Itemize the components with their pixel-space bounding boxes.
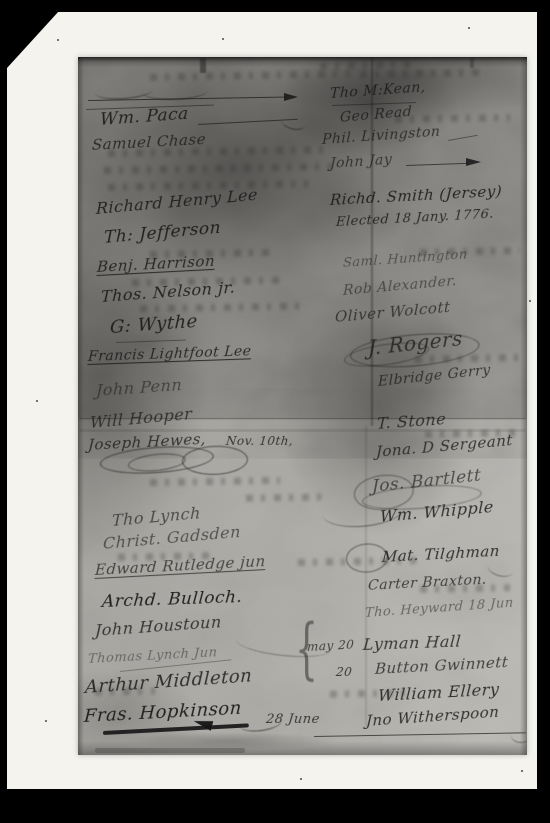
- flourish-line-mark: [116, 340, 186, 344]
- annotation-nov-10th: Nov. 10th,: [225, 434, 294, 448]
- frame-band-right: [537, 0, 550, 823]
- ink-bleedthrough-smudge: [246, 493, 330, 501]
- flourish-arc-mark: [510, 724, 527, 743]
- flourish-line-mark: [95, 748, 245, 753]
- ink-bleedthrough-smudge: [132, 277, 282, 287]
- ink-bleedthrough-smudge: [415, 354, 520, 363]
- signature-john-houstoun: John Houstoun: [95, 612, 222, 640]
- dust-speck: [300, 778, 302, 780]
- signature-phil-livingston: Phil. Livingston: [322, 124, 441, 148]
- ink-bleedthrough-smudge: [330, 689, 410, 697]
- signature-jno-witherspoon: Jno Witherspoon: [366, 703, 500, 730]
- ink-bleedthrough-smudge: [360, 69, 480, 78]
- flourish-tri-mark: [466, 158, 481, 166]
- annotation-20: 20: [335, 665, 353, 679]
- signature-lyman-hall: Lyman Hall: [362, 632, 461, 654]
- flourish-vline-mark: [470, 58, 474, 68]
- signature-francis-lightfoot-lee: Francis Lightfoot Lee: [87, 343, 252, 365]
- signature-g-wythe: G: Wythe: [110, 311, 198, 338]
- signature-tho-heyward-18-jun: Tho. Heyward 18 Jun: [365, 596, 514, 621]
- dust-speck: [521, 770, 523, 772]
- signature-john-penn: John Penn: [96, 375, 183, 400]
- flourish-tri-mark: [284, 93, 298, 101]
- flourish-ellipse-mark: [181, 445, 248, 476]
- signature-richd-smith-jersey: Richd. Smith (Jersey): [330, 182, 503, 209]
- flourish-line-mark: [314, 732, 526, 737]
- dust-speck: [57, 39, 59, 41]
- scanned-page: Wm. PacaSamuel ChaseRichard Henry LeeTh:…: [0, 0, 550, 823]
- ink-bleedthrough-smudge: [104, 163, 332, 174]
- flourish-arc-mark: [486, 558, 515, 579]
- ink-bleedthrough-smudge: [150, 249, 275, 258]
- flourish-arc-mark: [239, 713, 283, 734]
- ink-bleedthrough-smudge: [420, 247, 520, 256]
- ink-bleedthrough-smudge: [420, 584, 510, 593]
- dust-speck: [222, 38, 224, 40]
- frame-corner-notch: [7, 11, 59, 68]
- frame-band-top: [0, 0, 550, 12]
- dust-speck: [45, 720, 47, 722]
- ink-bleedthrough-smudge: [395, 114, 510, 123]
- signature-archd-bulloch: Archd. Bulloch.: [101, 587, 243, 612]
- dust-speck: [468, 27, 470, 29]
- flourish-line-mark: [448, 135, 478, 141]
- signature-john-jay: John Jay: [330, 152, 393, 172]
- ink-bleedthrough-smudge: [150, 477, 280, 486]
- flourish-arc-mark: [281, 114, 307, 132]
- signature-rob-alexander: Rob Alexander.: [343, 273, 457, 299]
- ink-bleedthrough-smudge: [150, 70, 350, 80]
- flourish-vline-mark: [365, 426, 367, 726]
- dust-speck: [36, 400, 38, 402]
- signature-oliver-wolcott: Oliver Wolcott: [335, 298, 451, 326]
- signature-button-gwinnett: Button Gwinnett: [375, 653, 509, 678]
- annotation-elected-18-jany-1776: Elected 18 Jany. 1776.: [336, 207, 495, 230]
- flourish-vline-mark: [371, 58, 373, 426]
- flourish-vline-mark: [200, 58, 206, 73]
- flourish-line-mark: [406, 163, 468, 167]
- flourish-line-mark: [103, 723, 249, 735]
- handwriting-layer: Wm. PacaSamuel ChaseRichard Henry LeeTh:…: [78, 57, 527, 755]
- frame-band-bottom: [0, 789, 550, 823]
- signature-fras-hopkinson: Fras. Hopkinson: [83, 698, 242, 727]
- ink-bleedthrough-smudge: [95, 687, 155, 695]
- signature-tho-m-kean: Tho M:Kean,: [330, 79, 426, 102]
- signature-th-jefferson: Th: Jefferson: [104, 218, 221, 248]
- manuscript-photo: Wm. PacaSamuel ChaseRichard Henry LeeTh:…: [78, 57, 527, 755]
- frame-band-left: [0, 0, 7, 823]
- ink-bleedthrough-smudge: [320, 61, 410, 70]
- dust-speck: [529, 300, 531, 302]
- ink-bleedthrough-smudge: [140, 303, 300, 313]
